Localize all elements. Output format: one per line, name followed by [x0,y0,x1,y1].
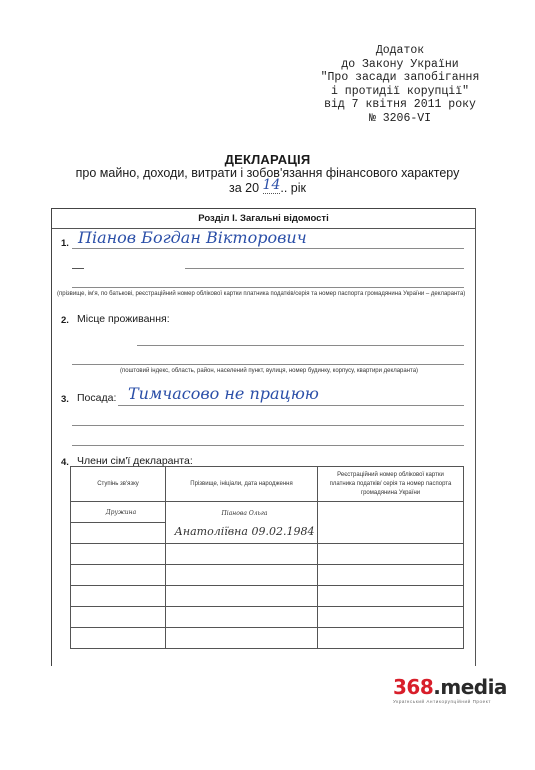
relation-value: Дружина [106,509,136,516]
residence-field-line [137,345,464,346]
id-cell [318,565,464,586]
position-field-line [72,445,464,446]
year-prefix: за 20 [229,181,259,195]
table-row [71,628,464,649]
item-number: 1. [61,238,69,249]
name-field-caption: (прізвище, ім'я, по батькові, реєстрацій… [57,291,465,297]
annex-line: Додаток [300,44,500,58]
year-suffix: рік [291,181,306,195]
name-field-line [72,287,464,288]
column-header-id: Реєстраційний номер облікової картки пла… [318,467,464,502]
id-cell [318,628,464,649]
position-field-line [118,405,464,406]
position-label: Посада: [77,392,116,404]
table-row [71,544,464,565]
item-number: 3. [61,394,69,405]
relation-cell [71,586,166,607]
name-cell [166,607,318,628]
relation-cell: Дружина [71,502,166,523]
declarant-name-handwritten: Піанов Богдан Вікторович [78,228,307,247]
annex-line: від 7 квітня 2011 року [300,98,500,112]
item-number: 4. [61,457,69,468]
relation-cell [71,607,166,628]
name-cell [166,565,318,586]
table-row: Дружина Піанова Ольга Анатоліївна 09.02.… [71,502,464,523]
table-header-row: Ступінь зв'язку Прізвище, ініціали, дата… [71,467,464,502]
column-header-name: Прізвище, ініціали, дата народження [166,467,318,502]
dash-mark [72,268,84,269]
name-cell [166,544,318,565]
relation-cell [71,523,166,544]
annex-line: № 3206-VI [300,112,500,126]
residence-field-caption: (поштовий індекс, область, район, населе… [120,368,418,374]
id-cell [318,607,464,628]
name-cell [166,586,318,607]
annex-line: до Закону України [300,58,500,72]
id-cell [318,502,464,544]
law-annex-reference: Додаток до Закону України "Про засади за… [300,44,500,125]
annex-line: і протидії корупції" [300,85,500,99]
name-field-line [185,268,464,269]
position-field-line [72,425,464,426]
logo-tagline: Український Антикорупційний Проект [393,699,507,704]
family-members-table: Ступінь зв'язку Прізвище, ініціали, дата… [70,466,464,649]
name-cell [166,628,318,649]
table-row [71,565,464,586]
table-row [71,607,464,628]
relation-cell [71,628,166,649]
name-value-line2: Анатоліївна 09.02.1984 [172,523,317,541]
name-value-line1: Піанова Ольга [172,505,317,523]
logo-wordmark: 368.media [393,677,507,697]
name-field-line [72,248,464,249]
form-frame-left [51,208,52,666]
document-title: ДЕКЛАРАЦІЯ [0,152,535,167]
year-handwritten: 14 [263,177,281,194]
declaration-year: за 20 14.. рік [0,180,535,197]
name-cell: Піанова Ольга Анатоліївна 09.02.1984 [166,502,318,544]
residence-field-line [72,364,464,365]
logo-number: 368 [393,675,433,699]
residence-label: Місце проживання: [77,313,170,325]
relation-cell [71,544,166,565]
position-handwritten: Тимчасово не працюю [128,384,319,403]
id-cell [318,586,464,607]
watermark-logo: 368.media Український Антикорупційний Пр… [393,677,507,704]
table-row [71,586,464,607]
relation-cell [71,565,166,586]
section-heading: Розділ I. Загальні відомості [52,209,475,229]
logo-domain: .media [433,675,507,699]
annex-line: "Про засади запобігання [300,71,500,85]
id-cell [318,544,464,565]
item-number: 2. [61,315,69,326]
column-header-relation: Ступінь зв'язку [71,467,166,502]
form-frame-right [475,208,476,666]
